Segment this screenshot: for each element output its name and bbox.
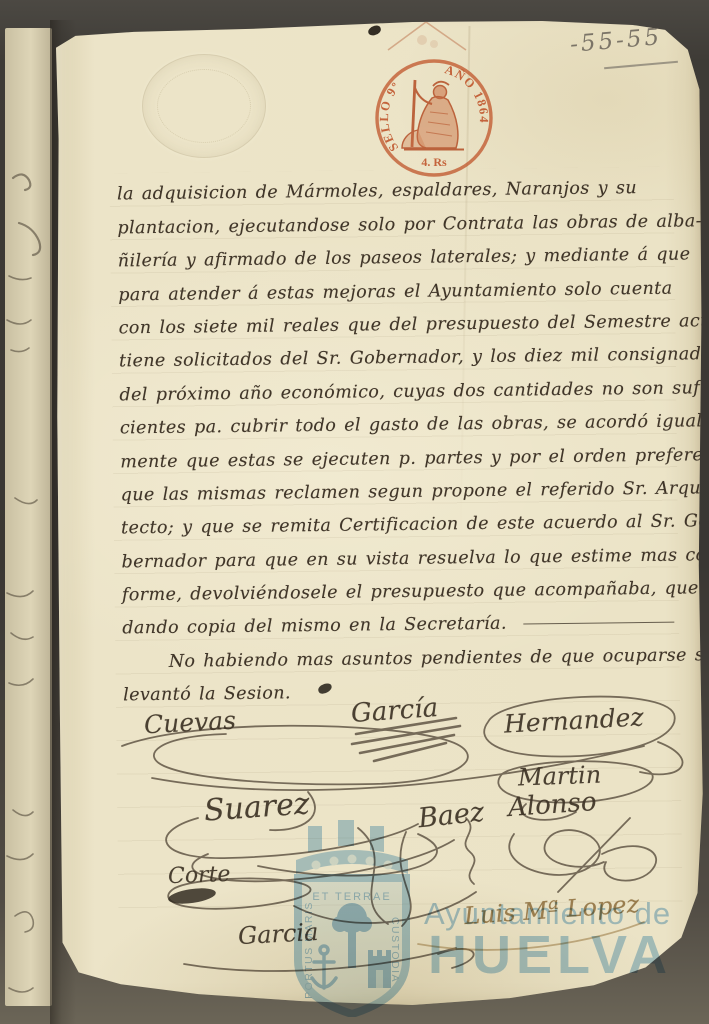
embossed-seal-icon xyxy=(142,54,266,158)
previous-page-ink-strokes xyxy=(5,28,52,1004)
previous-page-edge xyxy=(5,28,52,1006)
manuscript-line: levantó la Sesion. xyxy=(123,684,291,706)
ink-blot-icon xyxy=(367,24,382,36)
signature-cuevas: Cuevas xyxy=(143,706,236,740)
signature-corte: Corte xyxy=(168,862,231,889)
scanned-document-page: SELLO 9º AÑO 1864 4. Rs -55-55 la adquis… xyxy=(0,0,709,1024)
manuscript-page: SELLO 9º AÑO 1864 4. Rs -55-55 la adquis… xyxy=(56,20,704,1012)
stamp-seated-figure-icon xyxy=(402,80,464,150)
revenue-stamp: SELLO 9º AÑO 1864 4. Rs xyxy=(368,52,500,184)
signature-suarez: Suarez xyxy=(203,786,311,828)
signature-garcia: García xyxy=(350,693,439,729)
page-number-underline xyxy=(604,61,678,69)
signature-garcia-2: Garcia xyxy=(237,918,319,950)
faded-triangle-stamp-icon xyxy=(382,16,472,56)
manuscript-text-block: la adquisicion de Mármoles, espaldares, … xyxy=(117,165,679,706)
closing-dash xyxy=(523,622,674,625)
page-number-annotation: -55-55 xyxy=(569,24,663,58)
signature-alonso: Alonso xyxy=(507,787,597,823)
